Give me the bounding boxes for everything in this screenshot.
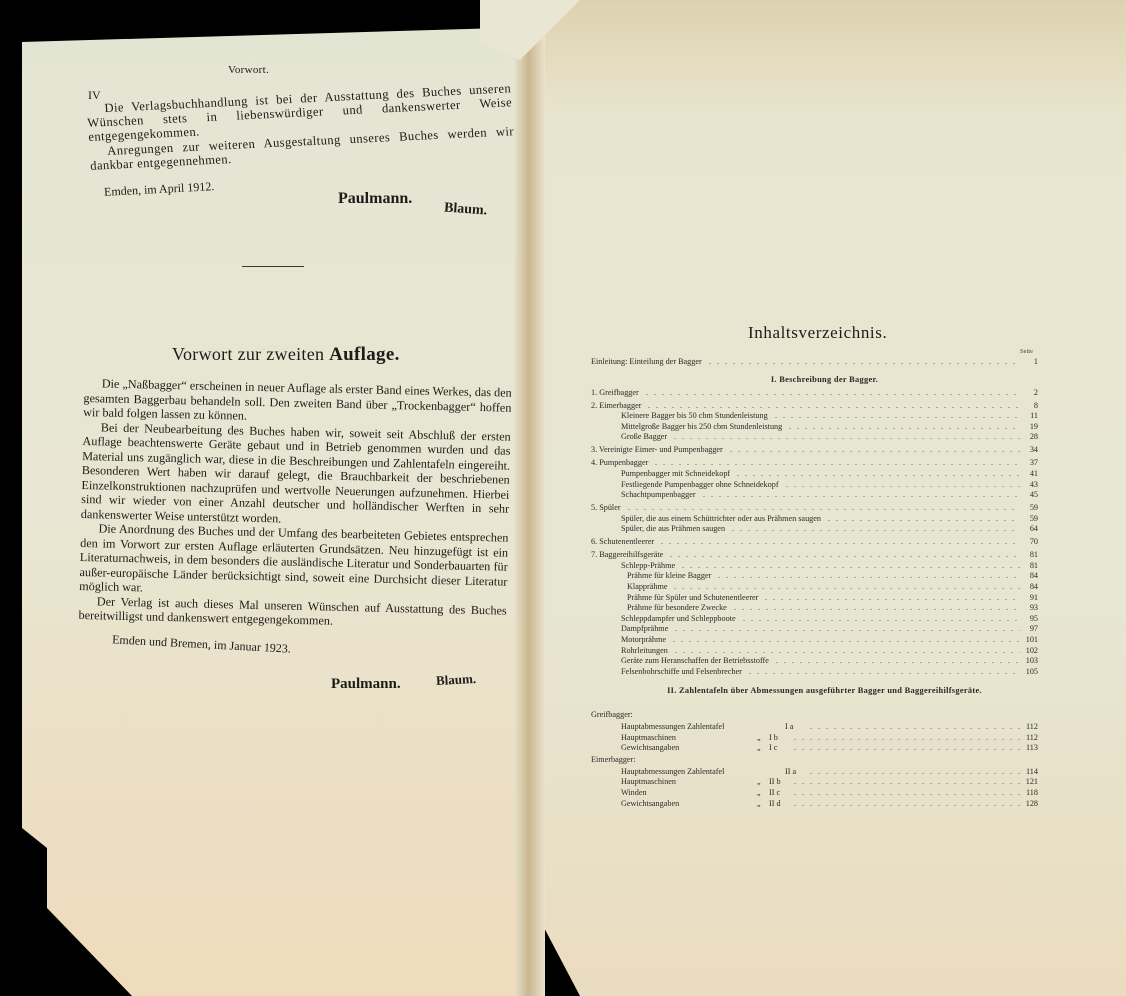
signature-blaum: Blaum. (443, 201, 487, 220)
dot-leader (625, 502, 1020, 510)
toc-page: 81 (1022, 550, 1038, 559)
dot-leader (791, 776, 1020, 784)
toc-table-entry: Hauptmaschinen„II b121 (591, 776, 1038, 787)
toc-label: 3. Vereinigte Eimer- und Pumpenbagger (591, 445, 725, 454)
toc-part-1-title: I. Beschreibung der Bagger. (611, 373, 1038, 387)
dot-leader (783, 479, 1020, 487)
toc-title: Inhaltsverzeichnis. (748, 323, 887, 343)
dot-leader (667, 549, 1020, 557)
dot-leader (731, 602, 1020, 610)
toc-entry: Rohrleitungen102 (591, 645, 1038, 656)
toc-label: Felsenbohrschiffe und Felsenbrecher (621, 667, 744, 676)
toc-page: 1 (1022, 357, 1038, 366)
dot-leader (740, 613, 1020, 621)
toc-page: 84 (1022, 571, 1038, 580)
toc-label: Schachtpumpenbagger (621, 490, 698, 499)
toc-label: Prähme für kleine Bagger (627, 571, 713, 580)
toc-entry: Festliegende Pumpenbagger ohne Schneidek… (591, 479, 1038, 490)
toc-label: Festliegende Pumpenbagger ohne Schneidek… (621, 480, 781, 489)
title-part-bold: Auflage. (329, 344, 399, 365)
toc-page: 45 (1022, 490, 1038, 499)
book-gutter (515, 0, 545, 996)
ditto-mark: „ (729, 743, 769, 752)
toc-page: 101 (1022, 635, 1038, 644)
toc-label: 1. Greifbagger (591, 388, 641, 397)
running-head: Vorwort. (228, 64, 269, 76)
dot-leader (734, 468, 1020, 476)
toc-label: Rohrleitungen (621, 646, 670, 655)
toc-entry: 5. Spüler59 (591, 502, 1038, 513)
dot-leader (791, 742, 1020, 750)
dot-leader (727, 444, 1020, 452)
toc-label: Klapprähme (627, 582, 669, 591)
section-divider (242, 266, 304, 267)
toc-label: Schleppdampfer und Schleppboote (621, 614, 738, 623)
toc-entry: Schleppdampfer und Schleppboote95 (591, 613, 1038, 624)
dot-leader (773, 655, 1020, 663)
toc-entry: Prähme für Spüler und Schutenentleerer91 (591, 592, 1038, 603)
dot-leader (671, 581, 1020, 589)
toc-entry: Pumpenbagger mit Schneidekopf41 (591, 468, 1038, 479)
toc-label: 5. Spüler (591, 503, 623, 512)
toc-page: 91 (1022, 593, 1038, 602)
toc-page: 37 (1022, 458, 1038, 467)
ditto-mark: „ (729, 733, 769, 742)
toc-label: Große Bagger (621, 432, 669, 441)
title-part: Vorwort zur zweiten (172, 344, 324, 364)
toc-page: 59 (1022, 514, 1038, 523)
toc-page: 113 (1022, 743, 1038, 752)
toc-table-entry: Gewichtsangaben„I c113 (591, 742, 1038, 753)
dot-leader (700, 489, 1020, 497)
toc-page: 112 (1022, 722, 1038, 731)
dot-leader (652, 457, 1020, 465)
toc-entry: 3. Vereinigte Eimer- und Pumpenbagger34 (591, 444, 1038, 455)
toc-page: 81 (1022, 561, 1038, 570)
dot-leader (672, 623, 1020, 631)
toc-table-entry: Hauptmaschinen„I b112 (591, 732, 1038, 743)
toc-page: 93 (1022, 603, 1038, 612)
toc-label: Dampfprähme (621, 624, 670, 633)
toc-group-label: Greifbagger: (591, 710, 1038, 721)
table-name: Hauptmaschinen (621, 733, 729, 742)
paragraph: Die Anordnung des Buches und der Umfang … (79, 521, 509, 603)
toc-page: 97 (1022, 624, 1038, 633)
toc-table-entry: Gewichtsangaben„II d128 (591, 798, 1038, 809)
toc-label: Spüler, die aus Prähmen saugen (621, 524, 727, 533)
toc-label: Schlepp-Prähme (621, 561, 677, 570)
toc-page: 64 (1022, 524, 1038, 533)
toc-entry: Motorprähme101 (591, 634, 1038, 645)
toc-label: Motorprähme (621, 635, 668, 644)
ditto-mark: „ (729, 777, 769, 786)
toc-part-2-entries: Greifbagger:Hauptabmessungen Zahlentafel… (591, 710, 1038, 808)
toc-page: 121 (1022, 777, 1038, 786)
toc-entry: Prähme für besondere Zwecke93 (591, 602, 1038, 613)
table-name: Gewichtsangaben (621, 799, 729, 808)
toc-page: 43 (1022, 480, 1038, 489)
toc-part-1-entries: 1. Greifbagger22. Eimerbagger8Kleinere B… (591, 387, 1038, 677)
dot-leader (643, 387, 1020, 395)
dot-leader (825, 513, 1020, 521)
toc-part-2-title: II. Zahlentafeln über Abmessungen ausgef… (611, 684, 1038, 698)
table-number: II a (785, 767, 805, 776)
table-number: I a (785, 722, 805, 731)
toc-page: 59 (1022, 503, 1038, 512)
toc-entry: Mittelgroße Bagger bis 250 cbm Stundenle… (591, 421, 1038, 432)
toc-group-label: Eimerbagger: (591, 755, 1038, 766)
table-name: Hauptabmessungen Zahlentafel (621, 722, 785, 731)
toc-page: 2 (1022, 388, 1038, 397)
page-column-header: Seite (1020, 348, 1033, 355)
toc-table-entry: Winden„II c118 (591, 787, 1038, 798)
toc-page: 112 (1022, 733, 1038, 742)
toc-label: Einleitung: Einteilung der Bagger (591, 357, 704, 366)
toc-page: 118 (1022, 788, 1038, 797)
dot-leader (706, 356, 1020, 364)
toc-page: 95 (1022, 614, 1038, 623)
toc-page: 11 (1022, 411, 1038, 420)
toc-page: 70 (1022, 537, 1038, 546)
table-number: I c (769, 743, 789, 752)
toc-page: 103 (1022, 656, 1038, 665)
toc-label: Geräte zum Heranschaffen der Betriebssto… (621, 656, 771, 665)
table-name: Winden (621, 788, 729, 797)
paragraph: Bei der Neubearbeitung des Buches haben … (81, 419, 511, 530)
toc-page: 84 (1022, 582, 1038, 591)
table-name: Hauptmaschinen (621, 777, 729, 786)
toc-label: 4. Pumpenbagger (591, 458, 650, 467)
toc-page: 8 (1022, 401, 1038, 410)
toc-label: Mittelgroße Bagger bis 250 cbm Stundenle… (621, 422, 784, 431)
toc-page: 19 (1022, 422, 1038, 431)
toc-page: 28 (1022, 432, 1038, 441)
dot-leader (746, 666, 1020, 674)
signature-paulmann: Paulmann. (338, 190, 412, 208)
signature-paulmann: Paulmann. (331, 676, 401, 693)
toc-entry: Große Bagger28 (591, 431, 1038, 442)
dot-leader (807, 721, 1020, 729)
toc-label: Kleinere Bagger bis 50 cbm Stundenleistu… (621, 411, 770, 420)
table-name: Hauptabmessungen Zahlentafel (621, 767, 785, 776)
dot-leader (715, 570, 1020, 578)
toc-entry: Dampfprähme97 (591, 623, 1038, 634)
toc-entry: 4. Pumpenbagger37 (591, 457, 1038, 468)
toc-label: 7. Baggereihilfsgeräte (591, 550, 665, 559)
toc-page: 128 (1022, 799, 1038, 808)
toc-entry: Klapprähme84 (591, 581, 1038, 592)
toc-entry: Kleinere Bagger bis 50 cbm Stundenleistu… (591, 410, 1038, 421)
toc-page: 34 (1022, 445, 1038, 454)
toc-label: Prähme für besondere Zwecke (627, 603, 729, 612)
dot-leader (671, 431, 1020, 439)
toc-page: 41 (1022, 469, 1038, 478)
toc-entry: 1. Greifbagger2 (591, 387, 1038, 398)
toc-page: 105 (1022, 667, 1038, 676)
toc-page: 102 (1022, 646, 1038, 655)
table-number: II b (769, 777, 789, 786)
toc-entry: Felsenbohrschiffe und Felsenbrecher105 (591, 666, 1038, 677)
table-name: Gewichtsangaben (621, 743, 729, 752)
signature-blaum: Blaum. (436, 671, 477, 689)
toc-label: Spüler, die aus einem Schüttrichter oder… (621, 514, 823, 523)
dot-leader (786, 421, 1020, 429)
toc-entry: Prähme für kleine Bagger84 (591, 570, 1038, 581)
toc-entry: Geräte zum Heranschaffen der Betriebssto… (591, 655, 1038, 666)
toc-entry: Schachtpumpenbagger45 (591, 489, 1038, 500)
toc-label: Pumpenbagger mit Schneidekopf (621, 469, 732, 478)
second-preface-title: Vorwort zur zweiten Auflage. (172, 344, 400, 366)
toc-entry: Spüler, die aus Prähmen saugen64 (591, 523, 1038, 534)
toc-label: Prähme für Spüler und Schutenentleerer (627, 593, 760, 602)
toc-label: 2. Eimerbagger (591, 401, 643, 410)
toc-entry: Spüler, die aus einem Schüttrichter oder… (591, 513, 1038, 524)
dot-leader (672, 645, 1020, 653)
ditto-mark: „ (729, 788, 769, 797)
second-preface-text: Die „Naßbagger“ erscheinen in neuer Aufl… (78, 376, 511, 632)
dot-leader (679, 560, 1020, 568)
ditto-mark: „ (729, 799, 769, 808)
table-of-contents: Einleitung: Einteilung der Bagger 1 I. B… (591, 356, 1038, 808)
toc-entry-intro: Einleitung: Einteilung der Bagger 1 (591, 356, 1038, 367)
toc-label: 6. Schutenentleerer (591, 537, 656, 546)
toc-entry: Schlepp-Prähme81 (591, 560, 1038, 571)
toc-entry: 7. Baggereihilfsgeräte81 (591, 549, 1038, 560)
toc-table-entry: Hauptabmessungen ZahlentafelII a114 (591, 766, 1038, 777)
table-number: II d (769, 799, 789, 808)
dot-leader (791, 787, 1020, 795)
dot-leader (670, 634, 1020, 642)
table-number: I b (769, 733, 789, 742)
toc-table-entry: Hauptabmessungen ZahlentafelI a112 (591, 721, 1038, 732)
toc-page: 114 (1022, 767, 1038, 776)
dot-leader (807, 766, 1020, 774)
table-number: II c (769, 788, 789, 797)
toc-entry: 6. Schutenentleerer70 (591, 536, 1038, 547)
dot-leader (791, 798, 1020, 806)
dot-leader (772, 410, 1020, 418)
dot-leader (658, 536, 1020, 544)
toc-entry: 2. Eimerbagger8 (591, 400, 1038, 411)
dot-leader (762, 592, 1020, 600)
dot-leader (645, 400, 1020, 408)
dot-leader (791, 732, 1020, 740)
dot-leader (729, 523, 1020, 531)
